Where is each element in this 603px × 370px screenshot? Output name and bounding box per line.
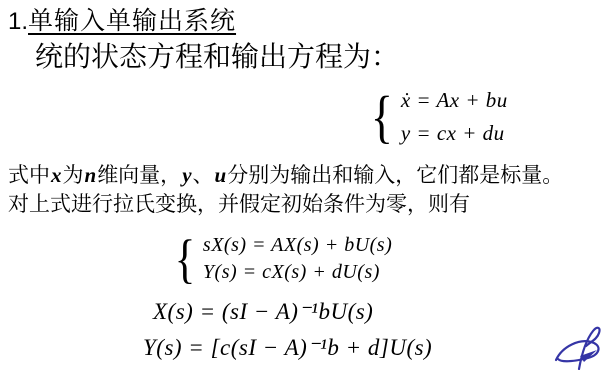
laplace-state-equation: sX(s) = AX(s) + bU(s) xyxy=(203,232,392,259)
transfer-function-equation: Y(s) = [c(sI − A)⁻¹b + d]U(s) xyxy=(143,333,432,363)
text-segment: 分别为输出和输入，它们都是标量。 xyxy=(227,163,563,187)
variable-x: x xyxy=(50,163,63,187)
laplace-equation-system: { sX(s) = AX(s) + bU(s) Y(s) = cX(s) + d… xyxy=(172,230,392,288)
paragraph-line-1: 式中x为n维向量，y、u分别为输出和输入，它们都是标量。 xyxy=(8,161,603,190)
pen-scribble-annotation xyxy=(550,318,603,370)
equation-lines: sX(s) = AX(s) + bU(s) Y(s) = cX(s) + dU(… xyxy=(198,232,392,286)
equation-lines: ẋ = Ax + bu y = cx + du xyxy=(396,84,508,150)
variable-u: u xyxy=(214,163,228,187)
state-equation: ẋ = Ax + bu xyxy=(401,84,508,117)
text-segment: 为 xyxy=(63,163,84,187)
state-equation-system: { ẋ = Ax + bu y = cx + du xyxy=(368,84,508,150)
output-equation: y = cx + du xyxy=(401,117,508,150)
slide-title: 1.单输入单输出系统 xyxy=(8,7,236,37)
text-segment: 式中 xyxy=(8,163,50,187)
left-brace: { xyxy=(175,230,196,288)
left-brace: { xyxy=(371,86,393,148)
title-number: 1. xyxy=(8,8,28,35)
scribble-stroke-vertical xyxy=(579,328,600,369)
variable-y: y xyxy=(181,163,192,187)
paragraph-line-2: 对上式进行拉氏变换，并假定初始条件为零，则有 xyxy=(8,190,603,219)
variable-n: n xyxy=(84,163,98,187)
scribble-stroke-loop xyxy=(556,341,599,361)
text-segment: 维向量， xyxy=(97,163,181,187)
solved-state-equation: X(s) = (sI − A)⁻¹bU(s) xyxy=(153,297,373,327)
subtitle-text: 统的状态方程和输出方程为： xyxy=(35,41,399,75)
title-text: 单输入单输出系统 xyxy=(28,8,236,35)
body-paragraph: 式中x为n维向量，y、u分别为输出和输入，它们都是标量。 对上式进行拉氏变换，并… xyxy=(8,161,603,219)
laplace-output-equation: Y(s) = cX(s) + dU(s) xyxy=(203,259,392,286)
text-segment: 、 xyxy=(193,163,214,187)
